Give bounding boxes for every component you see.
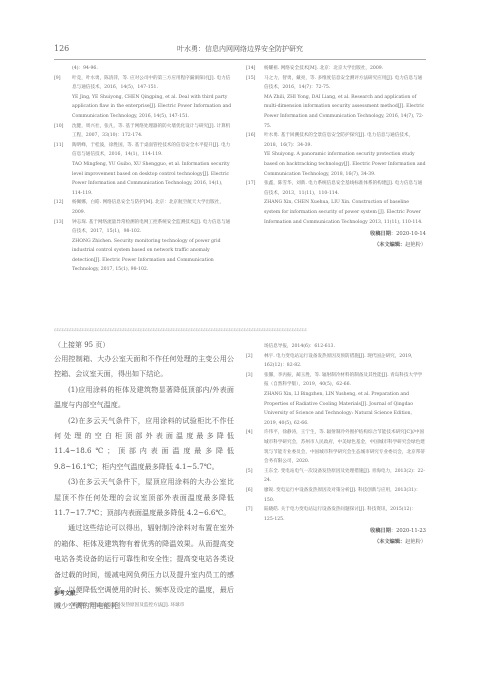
received-date: 收稿日期：2020-10-14 [246, 230, 426, 240]
reference-text: 陆晓皓. 关于电力变电站运行设备发热问题探讨[J]. 科技资讯，2015(12)… [264, 505, 426, 524]
reference-text: (4)：94-96. [72, 64, 234, 74]
article1-left-references: (4)：94-96. [9] 叶竞，叶水勇，陈清萍，等. 应对公司中的第三方应用… [54, 64, 234, 275]
reference-item: (4)：94-96. [54, 64, 234, 74]
reference-en: ZHONG Zhichen. Security monitoring techn… [72, 239, 221, 273]
reference-text: 杨佩娜，白皓. 网络信息安全与防护[M]. 北京：北京航空航天大学出版社，200… [72, 198, 234, 217]
reference-number [246, 342, 264, 352]
reference-cn: 叶竞，叶水勇，陈清萍，等. 应对公司中的第三方应用程序漏洞探讨[J]. 电力信息… [72, 76, 230, 91]
reference-text: 钟志琛. 基于网络流量异常检测的电网工控系统安全监测技术[J]. 电力信息与通信… [72, 218, 234, 276]
reference-number [54, 64, 72, 74]
reference-number: [2] [246, 352, 264, 371]
reference-cn: 叶水勇. 基于回溯技术的全景信息安全防护探究[J]. 电力信息与通信技术，201… [264, 133, 413, 148]
received-date: 收稿日期：2020-11-23 [246, 527, 426, 537]
reference-text: 许伟平，徐静涛，王宁生，等. 辐射制冷外围护结构综合节能技术研究[C]//中国城… [264, 428, 426, 466]
reference-number: [3] [246, 371, 264, 429]
reference-item: [5] 王东全. 变电站电气一次设备发热原因及处理措施[J]. 青海电力，201… [246, 467, 426, 486]
reference-item: [3] 张馨，李丙振，蔺玉胜，等. 辐射制冷材料的制备及其性能[J]. 青岛科技… [246, 371, 426, 429]
reference-item: [1] 崔丽娟. 变电站运行设备发热原因及监控方法[J]. 环球市 [54, 601, 234, 611]
article2-left-references: [1] 崔丽娟. 变电站运行设备发热原因及监控方法[J]. 环球市 [54, 601, 234, 611]
reference-number: [4] [246, 428, 264, 466]
reference-number: [11] [54, 141, 72, 199]
reference-text: 场信息导报，2014(6)：612-613. [264, 342, 426, 352]
paragraph: (1)应用涂料的柜体及建筑物显著降低顶部内/外表面温度与内部空气温度。 [54, 382, 234, 413]
reference-number: [16] [246, 131, 264, 179]
reference-en: YE Shuiyong. A panoramic information sec… [264, 152, 426, 176]
reference-number: [14] [246, 64, 264, 74]
reference-item: [14] 杨耀祖. 网络安全技术[M]. 北京：北京大学出版社，2009. [246, 64, 426, 74]
continued-from-note: （上接第 95 页） [54, 340, 109, 350]
reference-text: 崔丽娟. 变电站运行设备发热原因及监控方法[J]. 环球市 [72, 601, 234, 611]
paragraph: (3)在多云天气条件下，屋顶应用涂料的大办公室比屋顶不作任何处理的会议室顶部外表… [54, 474, 234, 520]
reference-item: [4] 许伟平，徐静涛，王宁生，等. 辐射制冷外围护结构综合节能技术研究[C]/… [246, 428, 426, 466]
reference-item: [15] 马之力，智勇，戴亮，等. 多维度信息安全测评方法研究应用[J]. 电力… [246, 74, 426, 132]
reference-item: [11] 陶明峰，于桂波，徐胜国，等. 基于桌面管控技术的信息安全水平提升[J]… [54, 141, 234, 199]
paragraph: (2)在多云天气条件下，应用涂料的试验柜比不作任何处理的空白柜顶部外表面温度最多… [54, 413, 234, 475]
editor-credit: （本文编辑：赵艳粉） [246, 538, 426, 548]
reference-number: [15] [246, 74, 264, 132]
reference-item: [12] 杨佩娜，白皓. 网络信息安全与防护[M]. 北京：北京航空航天大学出版… [54, 198, 234, 217]
reference-cn: 张鑫，陈雪华，刘新. 电力系统信息安全基线标准体系的构建[J]. 电力信息与通信… [264, 181, 422, 196]
editor-label: （本文编辑： [374, 539, 405, 545]
received-date-value: ：2020-10-14 [391, 231, 426, 237]
reference-cn: 张馨，李丙振，蔺玉胜，等. 辐射制冷材料的制备及其性能[J]. 青岛科技大学学报… [264, 373, 422, 388]
reference-en: YE Jing, YE Shuiyong, CHEN Qingping, et … [72, 95, 231, 119]
reference-text: 廖锐. 变电运行中设备发热原因及对策分析[J]. 科技创新与应用，2013(31… [264, 486, 426, 505]
reference-number: [9] [54, 74, 72, 122]
editor-credit: （本文编辑：赵艳粉） [246, 241, 426, 251]
article2-body: 公用控制箱、大办公室天面和不作任何处理的主变公用公控箱、会议室天面，得出如下结论… [54, 351, 234, 613]
reference-number: [17] [246, 179, 264, 227]
paragraph: 公用控制箱、大办公室天面和不作任何处理的主变公用公控箱、会议室天面，得出如下结论… [54, 351, 234, 382]
article2-right-references: 场信息导报，2014(6)：612-613. [2] 林宇. 电力变电站运行设备… [246, 342, 426, 547]
ornamental-divider: ℰℰℰℰℰℰℰℰℰℰℰℰℰℰℰℰℰℰℰℰℰℰℰℰℰℰℰℰℰℰℰℰℰℰℰℰℰℰℰℰ… [54, 328, 426, 333]
reference-en: ZHANG Xin, LI Bingzhen, LIN Yusheng, et … [264, 392, 413, 426]
reference-text: 张鑫，陈雪华，刘新. 电力系统信息安全基线标准体系的构建[J]. 电力信息与通信… [264, 179, 426, 227]
article1-right-references: [14] 杨耀祖. 网络安全技术[M]. 北京：北京大学出版社，2009. [1… [246, 64, 426, 250]
received-label: 收稿日期 [370, 528, 391, 534]
reference-item: [10] 沈健，周兴社，张凡，等. 基于网络处理器的防火墙优化设计与研究[J].… [54, 122, 234, 141]
page-header: 126 叶水勇：信息内网网络边界安全防护研究 [54, 44, 426, 58]
reference-number: [1] [54, 601, 72, 611]
reference-item: [16] 叶水勇. 基于回溯技术的全景信息安全防护探究[J]. 电力信息与通信技… [246, 131, 426, 179]
reference-en: MA Zhili, ZHI Yong, DAI Liang, et al. Re… [264, 95, 424, 129]
received-date-value: ：2020-11-23 [391, 528, 426, 534]
reference-number: [6] [246, 486, 264, 505]
reference-number: [10] [54, 122, 72, 141]
reference-text: 沈健，周兴社，张凡，等. 基于网络处理器的防火墙优化设计与研究[J]. 计算机工… [72, 122, 234, 141]
editor-name: 赵艳粉） [405, 539, 426, 545]
reference-text: 王东全. 变电站电气一次设备发热原因及处理措施[J]. 青海电力，2013(2)… [264, 467, 426, 486]
received-label: 收稿日期 [370, 231, 391, 237]
reference-en: TAO Mingfeng, YU Guibo, XU Shengguo, et … [72, 162, 230, 196]
reference-item: [2] 林宇. 电力变电站运行设备发热原因及预防措施[J]. 现代国企研究，20… [246, 352, 426, 371]
reference-number: [5] [246, 467, 264, 486]
reference-text: 张馨，李丙振，蔺玉胜，等. 辐射制冷材料的制备及其性能[J]. 青岛科技大学学报… [264, 371, 426, 429]
reference-text: 杨耀祖. 网络安全技术[M]. 北京：北京大学出版社，2009. [264, 64, 426, 74]
references-title: 参考文献： [54, 589, 81, 597]
reference-item: [17] 张鑫，陈雪华，刘新. 电力系统信息安全基线标准体系的构建[J]. 电力… [246, 179, 426, 227]
reference-item: 场信息导报，2014(6)：612-613. [246, 342, 426, 352]
reference-text: 叶水勇. 基于回溯技术的全景信息安全防护探究[J]. 电力信息与通信技术，201… [264, 131, 426, 179]
reference-text: 陶明峰，于桂波，徐胜国，等. 基于桌面管控技术的信息安全水平提升[J]. 电力信… [72, 141, 234, 199]
paragraph: 通过这些结论可以得出，辐射制冷涂料对布置在室外的箱体、柜体及建筑物有着优秀的降温… [54, 520, 234, 612]
reference-cn: 钟志琛. 基于网络流量异常检测的电网工控系统安全监测技术[J]. 电力信息与通信… [72, 220, 230, 235]
reference-item: [6] 廖锐. 变电运行中设备发热原因及对策分析[J]. 科技创新与应用，201… [246, 486, 426, 505]
reference-number: [7] [246, 505, 264, 524]
header-rule [54, 59, 426, 60]
running-title: 叶水勇：信息内网网络边界安全防护研究 [54, 44, 426, 54]
reference-text: 叶竞，叶水勇，陈清萍，等. 应对公司中的第三方应用程序漏洞探讨[J]. 电力信息… [72, 74, 234, 122]
reference-cn: 陶明峰，于桂波，徐胜国，等. 基于桌面管控技术的信息安全水平提升[J]. 电力信… [72, 143, 230, 158]
reference-item: [9] 叶竞，叶水勇，陈清萍，等. 应对公司中的第三方应用程序漏洞探讨[J]. … [54, 74, 234, 122]
editor-name: 赵艳粉） [405, 242, 426, 248]
reference-number: [12] [54, 198, 72, 217]
reference-en: ZHANG Xin, CHEN Xuehua, LIU Xin. Constru… [264, 200, 423, 224]
reference-cn: 马之力，智勇，戴亮，等. 多维度信息安全测评方法研究应用[J]. 电力信息与通信… [264, 76, 422, 91]
reference-text: 林宇. 电力变电站运行设备发热原因及预防措施[J]. 现代国企研究，2019，1… [264, 352, 426, 371]
reference-item: [13] 钟志琛. 基于网络流量异常检测的电网工控系统安全监测技术[J]. 电力… [54, 218, 234, 276]
reference-text: 马之力，智勇，戴亮，等. 多维度信息安全测评方法研究应用[J]. 电力信息与通信… [264, 74, 426, 132]
editor-label: （本文编辑： [374, 242, 405, 248]
reference-number: [13] [54, 218, 72, 276]
reference-item: [7] 陆晓皓. 关于电力变电站运行设备发热问题探讨[J]. 科技资讯，2015… [246, 505, 426, 524]
